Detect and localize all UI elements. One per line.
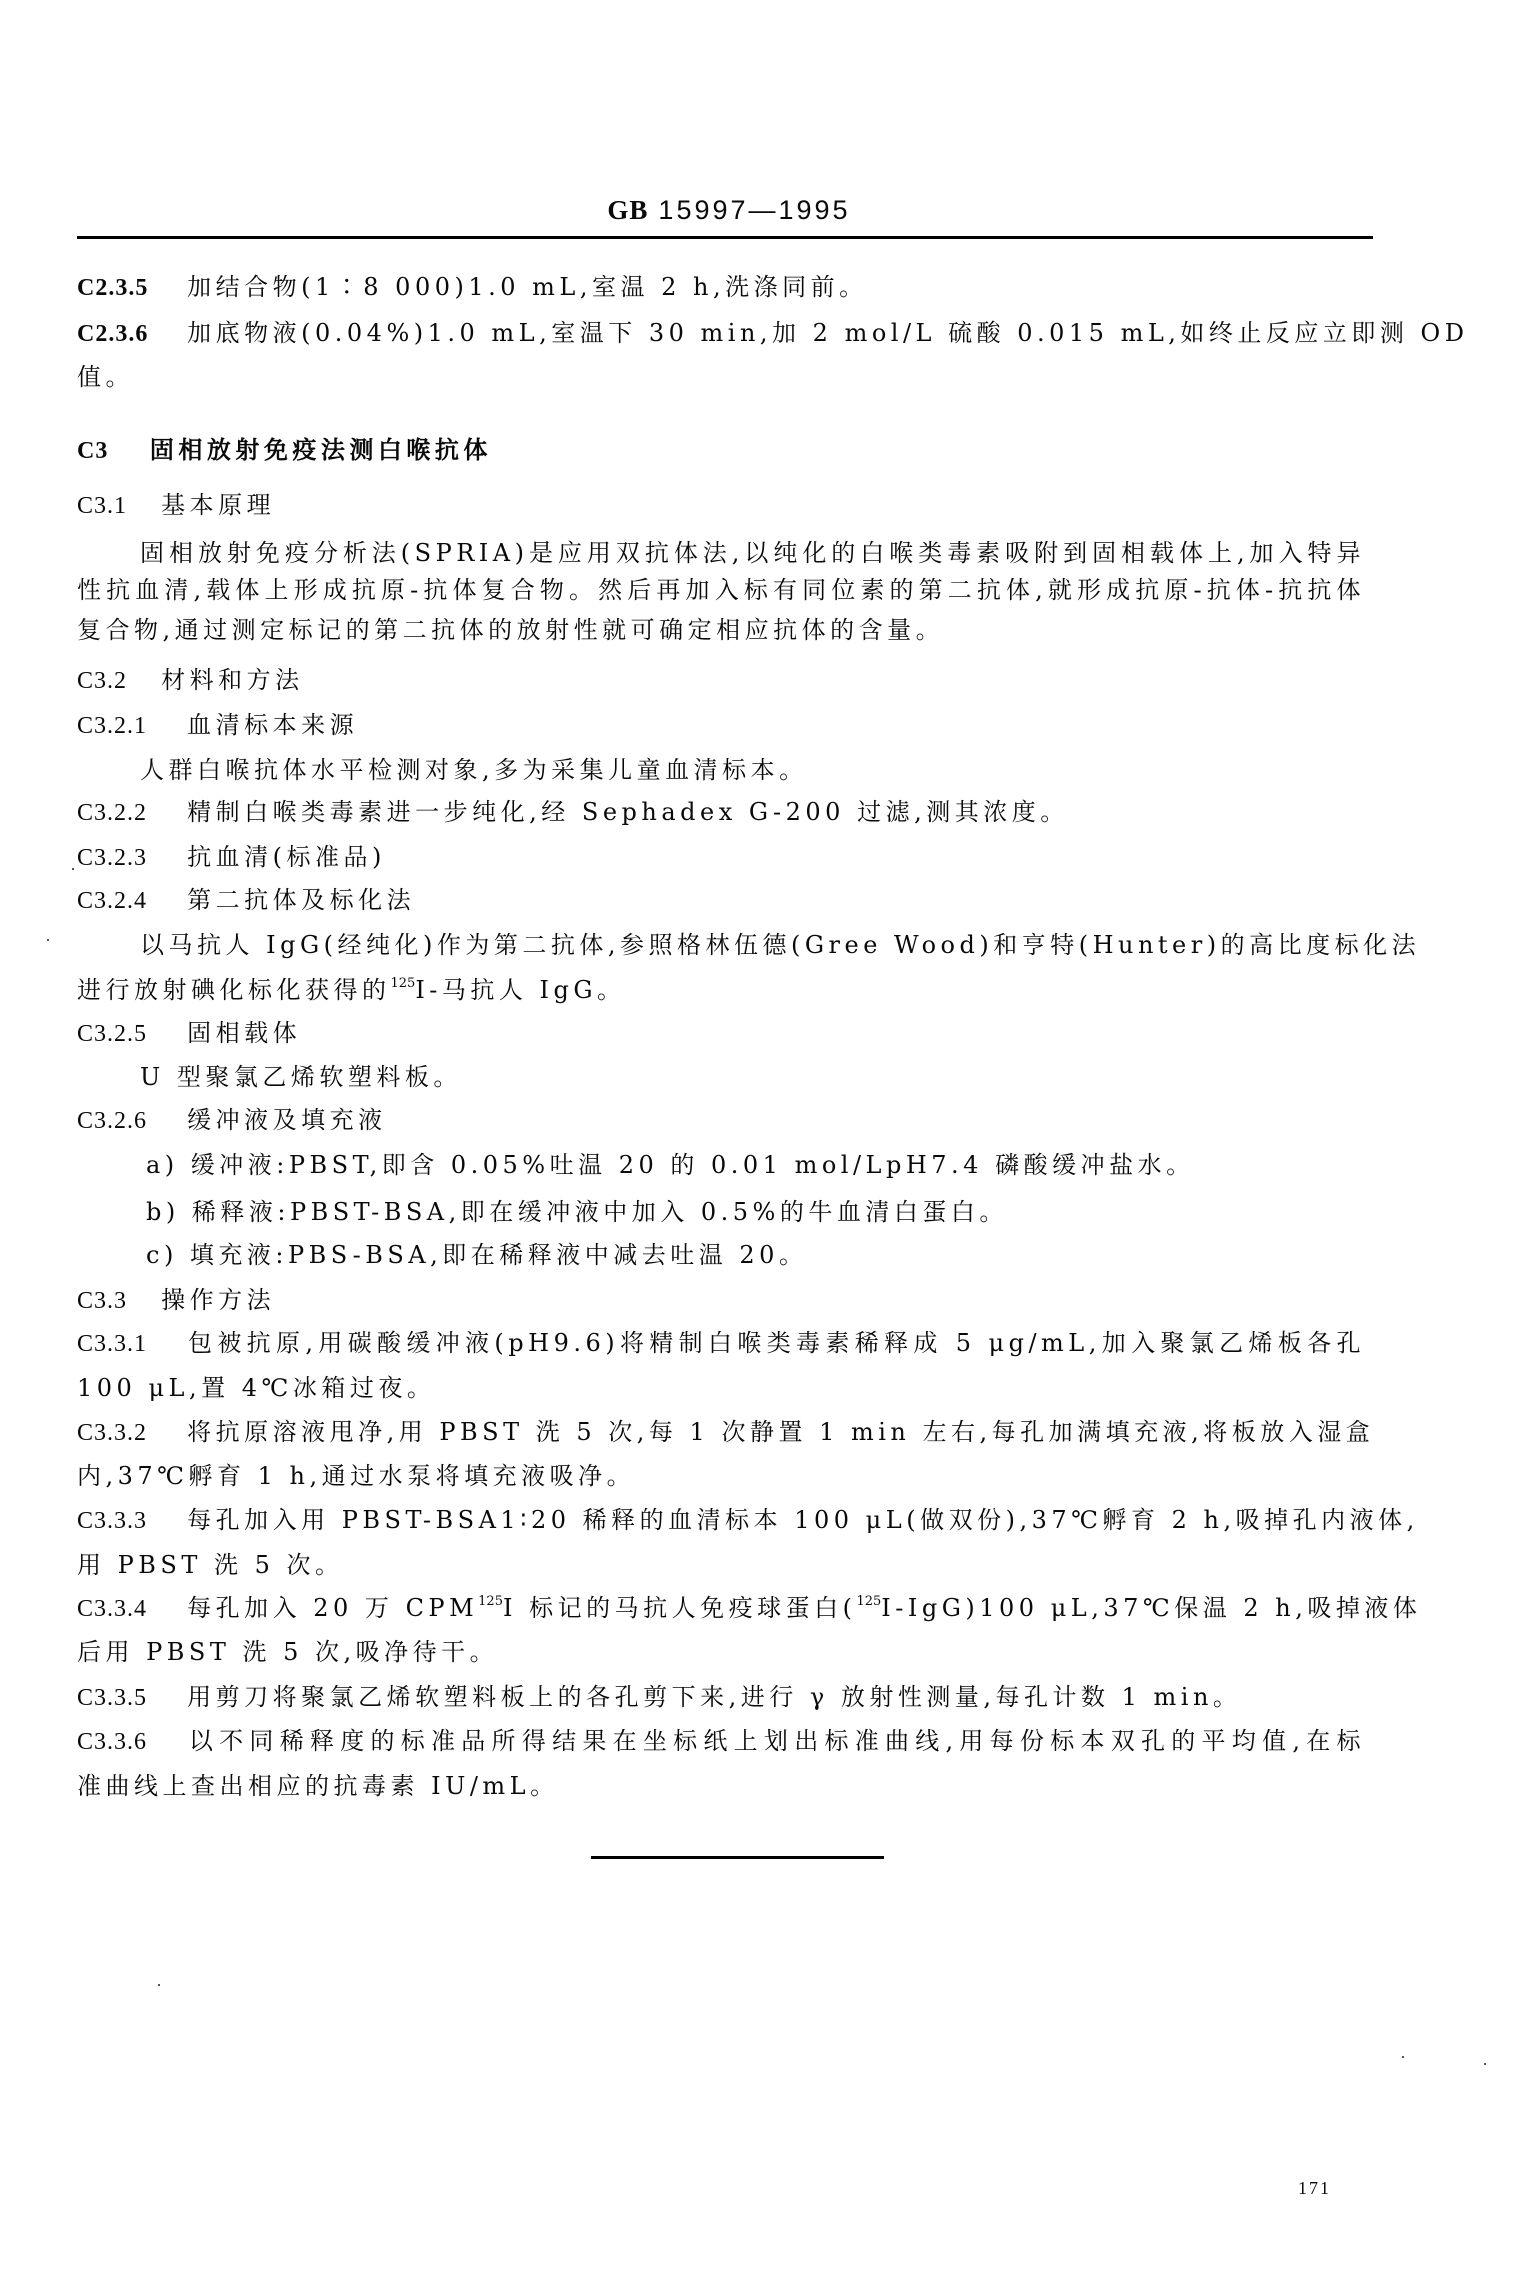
clause-number: C3.3.3	[77, 1501, 175, 1541]
standard-prefix: GB	[607, 195, 648, 225]
subsection-heading-c3-2: C3.2 材料和方法	[77, 660, 1365, 700]
clause-number: C2.3.5	[77, 268, 175, 308]
isotope-superscript: 125	[478, 1594, 503, 1609]
clause-text: 值。	[77, 363, 134, 391]
paragraph-line: 人群白喉抗体水平检测对象,多为采集儿童血清标本。	[140, 750, 1365, 790]
clause-c3-3-3-continuation: 用 PBST 洗 5 次。	[77, 1545, 1365, 1585]
clause-text-part: I-IgG)100 μL,37℃保温 2 h,吸掉液体	[881, 1594, 1421, 1622]
paragraph-text: I-马抗人 IgG。	[415, 976, 625, 1004]
clause-number: C3.3	[77, 1281, 149, 1321]
paragraph-line: 性抗血清,载体上形成抗原-抗体复合物。然后再加入标有同位素的第二抗体,就形成抗原…	[77, 570, 1365, 610]
standard-number: 15997—1995	[658, 195, 850, 225]
clause-number: C3.3.6	[77, 1722, 175, 1762]
clause-number: C3.2.2	[77, 793, 175, 833]
clause-text: 加底物液(0.04%)1.0 mL,室温下 30 min,加 2 mol/L 硫…	[187, 319, 1468, 347]
section-number: C3	[77, 431, 137, 471]
clause-number: C3.3.2	[77, 1413, 175, 1453]
clause-text-part: 每孔加入 20 万 CPM	[187, 1594, 478, 1622]
paragraph-line: 固相放射免疫分析法(SPRIA)是应用双抗体法,以纯化的白喉类毒素吸附到固相载体…	[140, 533, 1365, 573]
clause-text: 每孔加入用 PBST-BSA1∶20 稀释的血清标本 100 μL(做双份),3…	[187, 1506, 1419, 1534]
clause-title: 基本原理	[161, 491, 275, 519]
clause-c3-3-4: C3.3.4 每孔加入 20 万 CPM125I 标记的马抗人免疫球蛋白(125…	[77, 1588, 1365, 1628]
isotope-superscript: 125	[856, 1594, 881, 1609]
paragraph-line: U 型聚氯乙烯软塑料板。	[140, 1057, 1365, 1097]
clause-number: C3.1	[77, 486, 149, 526]
clause-c3-2-3: C3.2.3 抗血清(标准品)	[77, 837, 1365, 877]
clause-number: C3.2.5	[77, 1014, 175, 1054]
clause-number: C3.2	[77, 661, 149, 701]
clause-c3-3-2: C3.3.2 将抗原溶液甩净,用 PBST 洗 5 次,每 1 次静置 1 mi…	[77, 1412, 1365, 1452]
clause-title: 缓冲液及填充液	[187, 1106, 387, 1134]
clause-text: 将抗原溶液甩净,用 PBST 洗 5 次,每 1 次静置 1 min 左右,每孔…	[187, 1418, 1374, 1446]
clause-c3-2-4: C3.2.4 第二抗体及标化法	[77, 880, 1365, 920]
header-rule	[77, 236, 1373, 239]
clause-title: 材料和方法	[161, 666, 304, 694]
isotope-superscript: 125	[391, 976, 416, 991]
clause-number: C3.2.4	[77, 881, 175, 921]
clause-c3-2-1: C3.2.1 血清标本来源	[77, 705, 1365, 745]
running-header: GB15997—1995	[0, 194, 1458, 226]
clause-c2-3-6-continuation: 值。	[77, 357, 1365, 397]
clause-text: 每孔加入 20 万 CPM125I 标记的马抗人免疫球蛋白(125I-IgG)1…	[187, 1594, 1421, 1622]
clause-c3-3-6: C3.3.6 以不同稀释度的标准品所得结果在坐标纸上划出标准曲线,用每份标本双孔…	[77, 1721, 1365, 1761]
clause-text: 抗血清(标准品)	[187, 843, 386, 871]
list-item-diluent: b) 稀释液:PBST-BSA,即在缓冲液中加入 0.5%的牛血清白蛋白。	[146, 1192, 1365, 1232]
subsection-heading-c3-1: C3.1 基本原理	[77, 485, 1365, 525]
clause-c3-2-5: C3.2.5 固相载体	[77, 1013, 1365, 1053]
clause-c3-3-4-continuation: 后用 PBST 洗 5 次,吸净待干。	[77, 1632, 1365, 1672]
page-number: 171	[1298, 2176, 1331, 2200]
subsection-heading-c3-3: C3.3 操作方法	[77, 1280, 1365, 1320]
paragraph-text: 进行放射碘化标化获得的	[77, 976, 391, 1004]
clause-c3-3-1-continuation: 100 μL,置 4℃冰箱过夜。	[77, 1368, 1365, 1408]
clause-c3-2-6: C3.2.6 缓冲液及填充液	[77, 1100, 1365, 1140]
scan-speck	[1402, 2056, 1404, 2058]
clause-number: C3.2.1	[77, 706, 175, 746]
clause-c3-3-6-continuation: 准曲线上查出相应的抗毒素 IU/mL。	[77, 1766, 1365, 1806]
clause-title: 血清标本来源	[187, 711, 358, 739]
scan-speck	[47, 939, 49, 941]
clause-c2-3-6: C2.3.6 加底物液(0.04%)1.0 mL,室温下 30 min,加 2 …	[77, 313, 1365, 353]
clause-c3-3-1: C3.3.1 包被抗原,用碳酸缓冲液(pH9.6)将精制白喉类毒素稀释成 5 μ…	[77, 1323, 1365, 1363]
paragraph-line: 复合物,通过测定标记的第二抗体的放射性就可确定相应抗体的含量。	[77, 610, 1365, 650]
list-item-buffer: a) 缓冲液:PBST,即含 0.05%吐温 20 的 0.01 mol/LpH…	[146, 1145, 1365, 1185]
list-item-filler: c) 填充液:PBS-BSA,即在稀释液中减去吐温 20。	[146, 1235, 1365, 1275]
clause-c3-2-2: C3.2.2 精制白喉类毒素进一步纯化,经 Sephadex G-200 过滤,…	[77, 792, 1365, 832]
clause-text: 加结合物(1∶8 000)1.0 mL,室温 2 h,洗涤同前。	[187, 273, 867, 301]
clause-text: 以不同稀释度的标准品所得结果在坐标纸上划出标准曲线,用每份标本双孔的平均值,在标	[189, 1727, 1365, 1755]
clause-text: 用剪刀将聚氯乙烯软塑料板上的各孔剪下来,进行 γ 放射性测量,每孔计数 1 mi…	[187, 1683, 1241, 1711]
clause-c3-3-5: C3.3.5 用剪刀将聚氯乙烯软塑料板上的各孔剪下来,进行 γ 放射性测量,每孔…	[77, 1677, 1365, 1717]
clause-number: C3.2.6	[77, 1101, 175, 1141]
clause-number: C3.3.1	[77, 1324, 175, 1364]
paragraph-line: 进行放射碘化标化获得的125I-马抗人 IgG。	[77, 970, 1365, 1010]
clause-c2-3-5: C2.3.5 加结合物(1∶8 000)1.0 mL,室温 2 h,洗涤同前。	[77, 267, 1365, 307]
section-heading-c3: C3 固相放射免疫法测白喉抗体	[77, 430, 1365, 470]
scan-speck	[158, 1984, 160, 1986]
scan-speck	[1484, 2063, 1486, 2065]
clause-number: C3.2.3	[77, 838, 175, 878]
clause-text: 包被抗原,用碳酸缓冲液(pH9.6)将精制白喉类毒素稀释成 5 μg/mL,加入…	[188, 1329, 1365, 1357]
scan-speck	[72, 868, 74, 870]
clause-title: 固相载体	[187, 1019, 301, 1047]
clause-c3-3-3: C3.3.3 每孔加入用 PBST-BSA1∶20 稀释的血清标本 100 μL…	[77, 1500, 1365, 1540]
end-of-document-rule	[591, 1856, 884, 1859]
clause-title: 操作方法	[161, 1286, 275, 1314]
clause-number: C2.3.6	[77, 314, 175, 354]
clause-text-part: I 标记的马抗人免疫球蛋白(	[503, 1594, 856, 1622]
section-title: 固相放射免疫法测白喉抗体	[150, 435, 492, 464]
clause-number: C3.3.5	[77, 1678, 175, 1718]
clause-title: 第二抗体及标化法	[187, 886, 415, 914]
clause-number: C3.3.4	[77, 1589, 175, 1629]
clause-text: 精制白喉类毒素进一步纯化,经 Sephadex G-200 过滤,测其浓度。	[187, 798, 1069, 826]
paragraph-line: 以马抗人 IgG(经纯化)作为第二抗体,参照格林伍德(Gree Wood)和亨特…	[140, 925, 1365, 965]
clause-c3-3-2-continuation: 内,37℃孵育 1 h,通过水泵将填充液吸净。	[77, 1456, 1365, 1496]
